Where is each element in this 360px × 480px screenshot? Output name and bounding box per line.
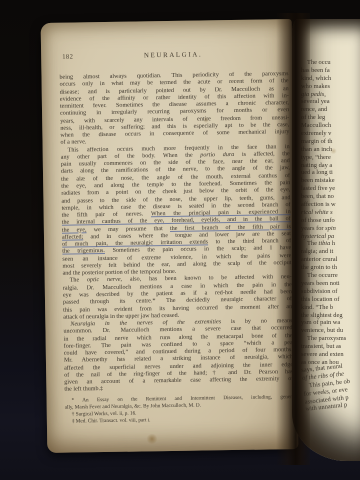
book-photo: 182 NEURALGIA. being almost always quoti… [0,0,360,480]
page-stain [330,148,337,154]
footnotes: * An Essay on the Remittent and Intermit… [65,394,294,425]
book-gutter-shadow [276,13,310,465]
page-stain [146,434,158,444]
book-page-left: 182 NEURALGIA. being almost always quoti… [41,19,299,453]
page-body-text: being almost always quotidian. This peri… [59,71,293,394]
page-stain [203,117,209,123]
running-header: NEURALGIA. [59,50,287,61]
